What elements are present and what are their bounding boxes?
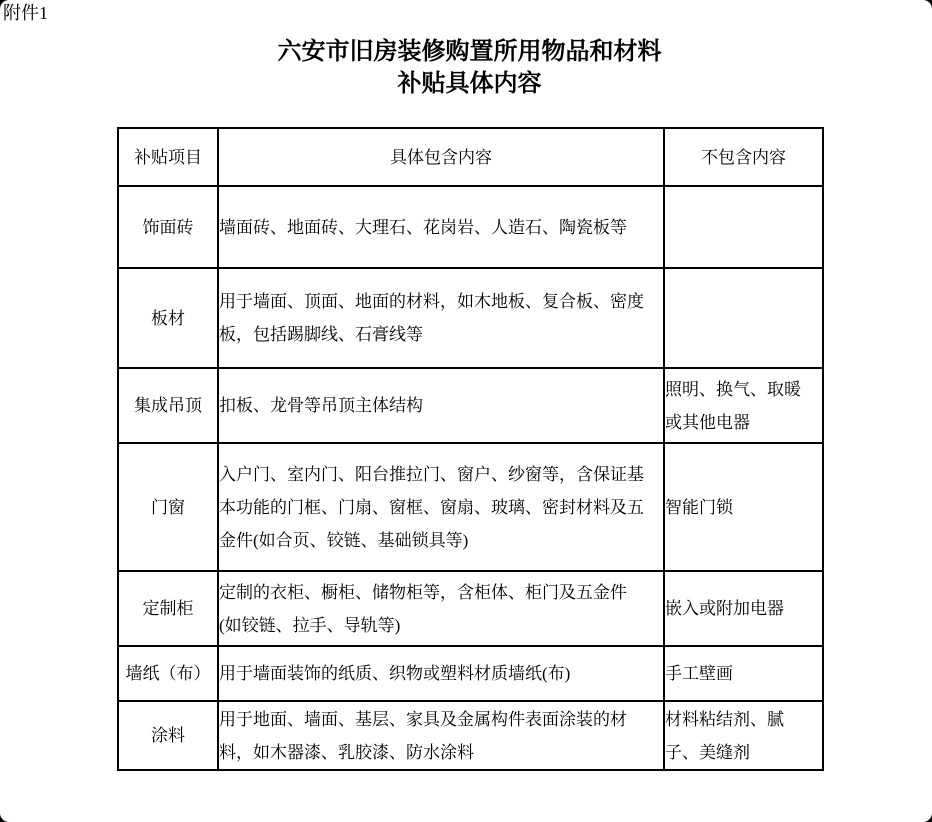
cell-item: 饰面砖	[118, 186, 218, 268]
header-included-content: 具体包含内容	[218, 128, 664, 186]
table-row-coatings: 涂料 用于地面、墙面、基层、家具及金属构件表面涂装的材 料，如木器漆、乳胶漆、防…	[118, 701, 823, 770]
table-row-doors-windows: 门窗 入户门、室内门、阳台推拉门、窗户、纱窗等，含保证基 本功能的门框、门扇、窗…	[118, 443, 823, 571]
header-subsidy-item: 补贴项目	[118, 128, 218, 186]
cell-included: 用于墙面装饰的纸质、织物或塑料材质墙纸(布)	[218, 646, 664, 701]
cell-included: 用于地面、墙面、基层、家具及金属构件表面涂装的材 料，如木器漆、乳胶漆、防水涂料	[218, 701, 664, 770]
cell-item: 集成吊顶	[118, 368, 218, 443]
table-row-integrated-ceiling: 集成吊顶 扣板、龙骨等吊顶主体结构 照明、换气、取暖 或其他电器	[118, 368, 823, 443]
cell-excluded	[664, 268, 823, 368]
cell-item: 墙纸（布）	[118, 646, 218, 701]
cell-included: 扣板、龙骨等吊顶主体结构	[218, 368, 664, 443]
table-row-custom-cabinets: 定制柜 定制的衣柜、橱柜、储物柜等，含柜体、柜门及五金件 (如铰链、拉手、导轨等…	[118, 571, 823, 646]
cell-excluded: 照明、换气、取暖 或其他电器	[664, 368, 823, 443]
cell-excluded	[664, 186, 823, 268]
document-title: 六安市旧房装修购置所用物品和材料 补贴具体内容	[117, 36, 822, 100]
cell-excluded: 嵌入或附加电器	[664, 571, 823, 646]
document-title-line2: 补贴具体内容	[117, 68, 822, 100]
cell-excluded: 智能门锁	[664, 443, 823, 571]
cell-excluded: 手工壁画	[664, 646, 823, 701]
table-row-wallpaper: 墙纸（布） 用于墙面装饰的纸质、织物或塑料材质墙纸(布) 手工壁画	[118, 646, 823, 701]
table-header-row: 补贴项目 具体包含内容 不包含内容	[118, 128, 823, 186]
cell-excluded: 材料粘结剂、腻 子、美缝剂	[664, 701, 823, 770]
document-page: 附件1 六安市旧房装修购置所用物品和材料 补贴具体内容 补贴项目 具体包含内容 …	[0, 0, 932, 822]
table-row-boards: 板材 用于墙面、顶面、地面的材料，如木地板、复合板、密度 板，包括踢脚线、石膏线…	[118, 268, 823, 368]
attachment-label: 附件1	[3, 3, 48, 23]
cell-item: 定制柜	[118, 571, 218, 646]
cell-included: 墙面砖、地面砖、大理石、花岗岩、人造石、陶瓷板等	[218, 186, 664, 268]
cell-included: 用于墙面、顶面、地面的材料，如木地板、复合板、密度 板，包括踢脚线、石膏线等	[218, 268, 664, 368]
document-title-line1: 六安市旧房装修购置所用物品和材料	[117, 36, 822, 68]
cell-item: 涂料	[118, 701, 218, 770]
header-excluded-content: 不包含内容	[664, 128, 823, 186]
table-row-veneer-tile: 饰面砖 墙面砖、地面砖、大理石、花岗岩、人造石、陶瓷板等	[118, 186, 823, 268]
cell-included: 定制的衣柜、橱柜、储物柜等，含柜体、柜门及五金件 (如铰链、拉手、导轨等)	[218, 571, 664, 646]
cell-item: 板材	[118, 268, 218, 368]
cell-included: 入户门、室内门、阳台推拉门、窗户、纱窗等，含保证基 本功能的门框、门扇、窗框、窗…	[218, 443, 664, 571]
subsidy-table: 补贴项目 具体包含内容 不包含内容 饰面砖 墙面砖、地面砖、大理石、花岗岩、人造…	[117, 127, 824, 771]
cell-item: 门窗	[118, 443, 218, 571]
